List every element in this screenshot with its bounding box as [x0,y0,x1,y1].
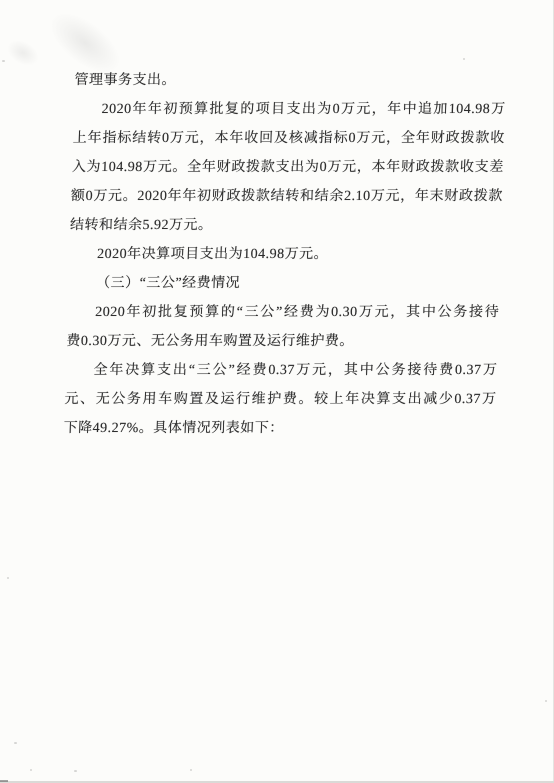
body-text: 管理事务支出。2020年年初预算批复的项目支出为0万元，年中追加104.98万元… [63,66,507,443]
text-line: （三）“三公”经费情况 [68,269,501,298]
scan-speck [30,769,32,771]
text-line: 元、无公务用车购置及运行维护费。较上年决算支出减少0.37万元， [64,385,497,414]
scan-speck [190,769,192,771]
document-page: 管理事务支出。2020年年初预算批复的项目支出为0万元，年中追加104.98万元… [0,0,554,783]
scan-speck [463,58,465,60]
text-line: 结转和结余5.92万元。 [70,211,503,240]
text-line: 2020年年初预算批复的项目支出为0万元，年中追加104.98万元， [73,95,506,124]
text-line: 全年决算支出“三公”经费0.37万元，其中公务接待费0.37万 [65,356,498,385]
scan-speck [545,700,547,702]
text-line: 下降49.27%。具体情况列表如下： [63,414,496,443]
text-line: 费0.30万元、无公务用车购置及运行维护费。 [66,327,499,356]
text-line: 额0万元。2020年年初财政拨款结转和结余2.10万元，年末财政拨款 [70,182,503,211]
text-line: 入为104.98万元。全年财政拨款支出为0万元，本年财政拨款收支差 [71,153,504,182]
scan-speck [14,742,17,744]
text-line: 2020年决算项目支出为104.98万元。 [69,240,502,269]
text-line: 上年指标结转0万元，本年收回及核减指标0万元，全年财政拨款收 [72,124,505,153]
scan-speck [74,770,77,772]
scan-corner-mark [0,780,8,782]
text-line: 2020年初批复预算的“三公”经费为0.30万元，其中公务接待 [67,298,500,327]
scan-speck [2,60,5,62]
scan-smudge [3,35,43,71]
text-line: 管理事务支出。 [74,66,507,95]
scan-speck [7,577,9,579]
